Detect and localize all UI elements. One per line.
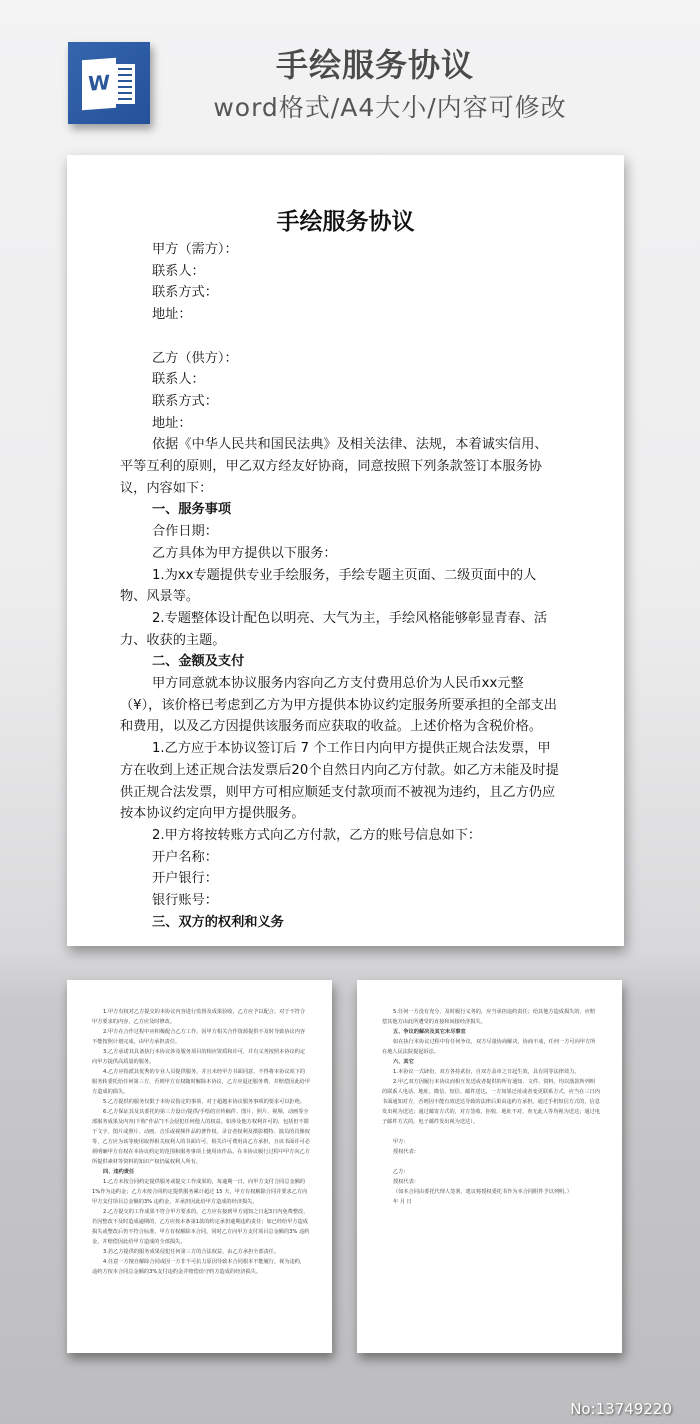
thumb2-section4-heading: 四、违约责任 [92, 1167, 310, 1177]
document-body: 甲方（需方）： 联系人： 联系方式： 地址： 乙方（供方）： 联系人： 联系方式… [120, 239, 560, 933]
thumb2-para: 4.任意一方擅自解除合同或因一方非不可抗力原因导致本合同根本不能履行，视为违约，… [92, 1257, 310, 1277]
thumb3-party-a-rep: 授权代表： [382, 1147, 600, 1157]
thumb3-party-a: 甲方： [382, 1137, 600, 1147]
thumb2-para: 2.甲方在合作过程中应积极配合乙方工作，因甲方相关合作资源提供不及时导致协议内容… [92, 1027, 310, 1047]
document-page-thumbnail-3: 5.任何一方没有充分、及时履行义务的，应当承担违约责任；给其他方造成损失的，应赔… [357, 980, 622, 1353]
spacer [120, 326, 560, 348]
image-id-label: No:13749220 [570, 1400, 672, 1418]
party-a-address: 地址： [120, 304, 560, 326]
spacer [382, 1157, 600, 1167]
thumb3-item2: 2.甲乙双方因履行本协议而相互发送或者提供的所有通知、文件、资料，均以落款所列明… [382, 1077, 600, 1127]
thumb2-para: 4.乙方应指派其优秀的专业人员提供服务，并且未经甲方书面同意，不得将本协议项下的… [92, 1067, 310, 1097]
section2-heading: 二、金额及支付 [120, 651, 560, 673]
party-b-contact-method: 联系方式： [120, 391, 560, 413]
account-number: 银行账号： [120, 890, 560, 912]
thumb3-section5-text: 如在执行本协议过程中有任何争议，双方尽量协商解决，协商不成，任何一方可向甲方所在… [382, 1037, 600, 1057]
thumbnail-2-body: 1.甲方有权对乙方提交的本协议内容进行监督及成果验收，乙方应予以配合。对于不符合… [92, 1007, 310, 1277]
thumb3-item1: 1.本协议一式肆份，双方各持贰份，自双方盖章之日起生效，具有同等法律效力。 [382, 1067, 600, 1077]
thumb3-section6-heading: 六、其它 [382, 1057, 600, 1067]
word-letter: W [82, 70, 116, 96]
spacer [382, 1127, 600, 1137]
thumb2-para: 2.乙方提交的工作成果不符合甲方要求的，乙方应在接到甲方通知之日起3日内免费整改… [92, 1207, 310, 1247]
thumb2-para: 3.乙方承诺其具备执行本协议涉及服务项目的相应资质和许可，并有义务按照本协议约定… [92, 1047, 310, 1067]
section1-heading: 一、服务事项 [120, 499, 560, 521]
word-document-icon: W [68, 42, 150, 124]
thumb3-note: （如本合同由委托代理人签署，建议将授权委托书作为本合同附件予以列明。） [382, 1187, 600, 1197]
document-page-thumbnail-2: 1.甲方有权对乙方提交的本协议内容进行监督及成果验收，乙方应予以配合。对于不符合… [67, 980, 332, 1353]
thumb2-para: 1.乙方未按合同约定提供服务或提交工作成果的，每逾期一日，向甲方支付合同总金额的… [92, 1177, 310, 1207]
banner-title: 手绘服务协议 [190, 40, 560, 86]
party-b-contact: 联系人： [120, 369, 560, 391]
thumb3-date: 年 月 日 [382, 1197, 600, 1207]
thumb2-para: 5.乙方提供的服务仅限于本协议指定的事项，对于超越本协议服务事项的要求可以拒绝。 [92, 1097, 310, 1107]
document-title: 手绘服务协议 [67, 203, 624, 236]
thumb3-section5-heading: 五、争议的解决及其它未尽事宜 [382, 1027, 600, 1037]
document-lines-icon [115, 64, 135, 104]
party-b-address: 地址： [120, 413, 560, 435]
thumb3-party-b-rep: 授权代表： [382, 1177, 600, 1187]
word-doc-shape: W [82, 58, 116, 110]
party-a-contact-method: 联系方式： [120, 282, 560, 304]
section1-item2: 2.专题整体设计配色以明亮、大气为主，手绘风格能够彰显青春、活力、收获的主题。 [120, 608, 560, 651]
thumb2-para: 3.若乙方提供的服务成果侵犯任何第三方的合法权益，由乙方承担全部责任。 [92, 1247, 310, 1257]
thumb3-para5: 5.任何一方没有充分、及时履行义务的，应当承担违约责任；给其他方造成损失的，应赔… [382, 1007, 600, 1027]
thumb2-para: 6.乙方保证其及其委托的第三方设计/提供/手绘的宣传稿件、图片、照片、视频、动画… [92, 1107, 310, 1167]
section2-para1: 甲方同意就本协议服务内容向乙方支付费用总价为人民币xx元整（¥），该价格已考虑到… [120, 673, 560, 738]
thumb2-para: 1.甲方有权对乙方提交的本协议内容进行监督及成果验收，乙方应予以配合。对于不符合… [92, 1007, 310, 1027]
account-name: 开户名称： [120, 847, 560, 869]
document-page-main: 手绘服务协议 甲方（需方）： 联系人： 联系方式： 地址： 乙方（供方）： 联系… [67, 155, 624, 946]
cooperation-date: 合作日期： [120, 521, 560, 543]
thumb3-party-b: 乙方： [382, 1167, 600, 1177]
section1-item1: 1.为xx专题提供专业手绘服务，手绘专题主页面、二级页面中的人物、风景等。 [120, 565, 560, 608]
thumbnail-3-body: 5.任何一方没有充分、及时履行义务的，应当承担违约责任；给其他方造成损失的，应赔… [382, 1007, 600, 1207]
page-header: W 手绘服务协议 word格式/A4大小/内容可修改 [0, 0, 700, 150]
section1-intro: 乙方具体为甲方提供以下服务： [120, 543, 560, 565]
bank-name: 开户银行： [120, 868, 560, 890]
section2-item1: 1.乙方应于本协议签订后 7 个工作日内向甲方提供正规合法发票，甲方在收到上述正… [120, 738, 560, 825]
preamble: 依据《中华人民共和国民法典》及相关法律、法规，本着诚实信用、平等互利的原则，甲乙… [120, 434, 560, 499]
party-a-contact: 联系人： [120, 261, 560, 283]
party-a-heading: 甲方（需方）： [120, 239, 560, 261]
section3-heading: 三、双方的权利和义务 [120, 912, 560, 934]
section2-item2: 2.甲方将按转账方式向乙方付款，乙方的账号信息如下： [120, 825, 560, 847]
banner-subtitle: word格式/A4大小/内容可修改 [180, 88, 600, 124]
party-b-heading: 乙方（供方）： [120, 348, 560, 370]
